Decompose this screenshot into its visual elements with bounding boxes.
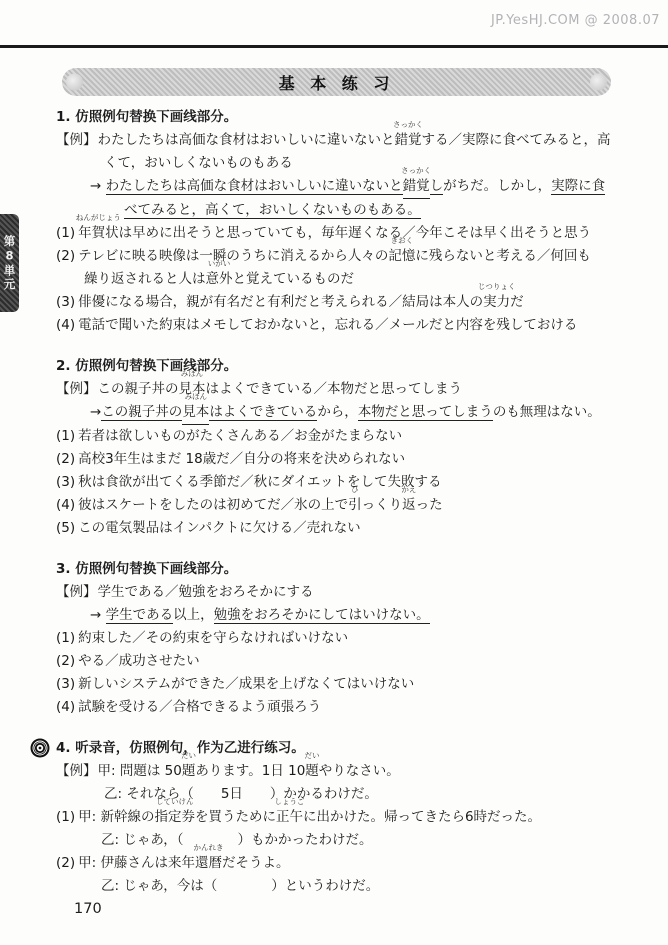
furigana: かえ — [401, 486, 416, 494]
furigana: さっかく — [393, 121, 423, 129]
unit-tab: 第8単元 — [0, 214, 19, 312]
text-run: 試験を受ける／合格できるよう頑張ろう — [78, 699, 321, 715]
text-run: あります。1日 10 — [195, 763, 305, 779]
text-run: (1) — [56, 809, 75, 825]
text-run: (4) — [56, 497, 75, 513]
text-line: (2)テレビに映る映像は一瞬のうちに消えるから人々の記憶きおくに残らないと考える… — [56, 245, 652, 268]
text-run: やりなさい。 — [319, 763, 400, 779]
furigana: していけん — [156, 798, 194, 806]
text-run: くて，おいしくないものもある — [104, 155, 293, 171]
text-run: はよくできている／本物だと思ってしまう — [206, 381, 463, 397]
furigana: いがい — [208, 260, 231, 268]
text-run: から， — [317, 404, 358, 420]
exercise-section-3: 3. 仿照例句替换下画线部分。 【例】学生である／勉強をおろそかにする→ 学生で… — [56, 558, 652, 719]
section-body: 【例】わたしたちは高価な食材はおいしいに違いないと錯覚さっかくする／実際に食べて… — [56, 129, 652, 337]
cd-audio-icon — [30, 738, 50, 758]
text-line: (2)甲: 伊藤さんは来年還暦かんれきだそうよ。 — [56, 852, 652, 875]
text-run: (4) — [56, 699, 75, 715]
text-run: (2) — [56, 451, 75, 467]
text-run: わたしたちは高価な食材はおいしいに違いないと — [106, 178, 403, 195]
text-line: (1)若者は欲しいものがたくさんある／お金がたまらない — [56, 425, 652, 448]
text-line: (4)彼はスケートをしたのは初めてだ／氷の上で引ひっくり返かえった — [56, 494, 652, 517]
section-heading-text: 1. 仿照例句替换下画线部分。 — [56, 109, 237, 125]
text-run: (1) — [56, 428, 75, 444]
text-run: する／実際に食べてみると，高 — [422, 132, 611, 148]
furigana: さっかく — [401, 167, 431, 175]
text-line: 【例】この親子丼の見本みほんはよくできている／本物だと思ってしまう — [56, 378, 652, 401]
text-run: → — [90, 178, 106, 194]
text-run: 以上， — [173, 607, 214, 623]
text-run: 甲: 問題は 50 — [98, 763, 182, 779]
text-run: (2) — [56, 855, 75, 871]
text-run: 勉強をおろそかにしてはいけない。 — [214, 607, 430, 624]
text-run: 彼はスケートをしたのは初めてだ／氷の上で — [78, 497, 348, 513]
text-run: 実際に食 — [551, 178, 605, 195]
text-run: った — [416, 497, 443, 513]
section-heading: 2. 仿照例句替换下画线部分。 — [56, 355, 652, 378]
text-line: 繰り返されると人は意外いがいと覚えているものだ — [56, 268, 652, 291]
section-heading: 1. 仿照例句替换下画线部分。 — [56, 106, 652, 129]
text-run: 本物だと思ってしまう — [358, 404, 493, 421]
section-heading-text: 3. 仿照例句替换下画线部分。 — [56, 561, 237, 577]
ruby-annotated-text: 指定券していけん — [154, 806, 195, 829]
furigana: ひ — [351, 486, 359, 494]
section-body: 【例】甲: 問題は 50題だいあります。1日 10題だいやりなさい。乙: それな… — [56, 760, 652, 898]
ruby-annotated-text: 還暦かんれき — [195, 852, 222, 875]
text-run: 約束した／その約束を守らなければいけない — [78, 630, 348, 646]
text-run: やる／成功させたい — [78, 653, 200, 669]
text-run: 秋は食欲が出てくる季節だ／秋にダイエットをして失敗する — [78, 474, 441, 490]
text-run: 繰り返されると人は — [84, 271, 206, 287]
ruby-annotated-text: 年賀状ねんがじょう — [78, 222, 119, 245]
banner-ornament-right-icon — [590, 74, 607, 91]
text-run: テレビに映る映像は一瞬のうちに消えるから人々の — [78, 248, 388, 264]
text-run: 【例】 — [56, 132, 97, 148]
text-run: 甲: 伊藤さんは来年 — [78, 855, 195, 871]
text-run: → — [90, 404, 101, 420]
text-run: (2) — [56, 248, 75, 264]
ruby-annotated-text: 見本みほん — [182, 401, 209, 425]
text-run: 乙: それなら（ 5日 ）かかるわけだ。 — [104, 786, 378, 802]
ruby-annotated-text: 題だい — [305, 760, 319, 783]
exercise-section-4: 4. 听录音，仿照例句，作为乙进行练习。 【例】甲: 問題は 50題だいあります… — [56, 737, 652, 898]
furigana: じつりょく — [478, 283, 516, 291]
section-heading: 3. 仿照例句替换下画线部分。 — [56, 558, 652, 581]
text-run: 学生である／勉強をおろそかにする — [98, 584, 314, 600]
furigana: きおく — [391, 237, 414, 245]
text-line: 【例】学生である／勉強をおろそかにする — [56, 581, 652, 604]
text-line: → 学生である以上，勉強をおろそかにしてはいけない。 — [56, 604, 652, 627]
section-body: 【例】この親子丼の見本みほんはよくできている／本物だと思ってしまう→この親子丼の… — [56, 378, 652, 540]
textbook-page: JP.YesHJ.COM @ 2008.07 基 本 练 习 第8単元 1. 仿… — [0, 0, 668, 945]
section-body: 【例】学生である／勉強をおろそかにする→ 学生である以上，勉強をおろそかにしては… — [56, 581, 652, 719]
text-run: っくり — [362, 497, 403, 513]
text-run: に残らないと考える／何回も — [415, 248, 591, 264]
watermark: JP.YesHJ.COM @ 2008.07 — [491, 13, 660, 28]
text-line: (3)新しいシステムができた／成果を上げなくてはいけない — [56, 673, 652, 696]
ruby-annotated-text: 題だい — [182, 760, 196, 783]
text-run: (4) — [56, 317, 75, 333]
text-run: この親子丼の — [101, 404, 182, 421]
text-line: べてみると，高くて，おいしくないものもある。 — [56, 199, 652, 222]
text-run: 乙: じゃあ，今は（ ）というわけだ。 — [101, 878, 379, 894]
text-run: (3) — [56, 676, 75, 692]
page-content: 1. 仿照例句替换下画线部分。 【例】わたしたちは高価な食材はおいしいに違いない… — [56, 106, 652, 916]
text-run: 新しいシステムができた／成果を上げなくてはいけない — [78, 676, 414, 692]
text-run: がちだ。しかし， — [443, 178, 551, 194]
ruby-annotated-text: 正午しょうご — [276, 806, 303, 829]
text-run: 若者は欲しいものがたくさんある／お金がたまらない — [78, 428, 402, 444]
text-line: (5)この電気製品はインパクトに欠ける／売れない — [56, 517, 652, 540]
exercise-section-1: 1. 仿照例句替换下画线部分。 【例】わたしたちは高価な食材はおいしいに違いない… — [56, 106, 652, 337]
text-line: (4)電話で聞いた約束はメモしておかないと，忘れる／メールだと内容を残しておける — [56, 314, 652, 337]
text-line: (2)やる／成功させたい — [56, 650, 652, 673]
text-run: (1) — [56, 630, 75, 646]
text-run: だ — [510, 294, 524, 310]
furigana: かんれき — [193, 844, 223, 852]
text-line: 【例】甲: 問題は 50題だいあります。1日 10題だいやりなさい。 — [56, 760, 652, 783]
text-run: のも無理はない。 — [493, 404, 601, 420]
text-run: (2) — [56, 653, 75, 669]
furigana: しょうご — [274, 798, 304, 806]
text-run: に出かけた。帰ってきたら6時だった。 — [303, 809, 541, 825]
section-heading-text: 2. 仿照例句替换下画线部分。 — [56, 358, 237, 374]
furigana: みほん — [181, 370, 204, 378]
text-line: 乙: じゃあ，今は（ ）というわけだ。 — [56, 875, 652, 898]
text-run: はよくできている — [209, 404, 317, 421]
furigana: みほん — [185, 393, 208, 401]
text-line: (1)約束した／その約束を守らなければいけない — [56, 627, 652, 650]
top-rule-divider — [0, 45, 668, 48]
text-run: → — [90, 607, 106, 623]
text-run: 【例】 — [56, 584, 97, 600]
text-run: を買うために — [195, 809, 276, 825]
furigana: だい — [305, 752, 320, 760]
text-line: 乙: じゃあ，（ ）もかかったわけだ。 — [56, 829, 652, 852]
text-line: 【例】わたしたちは高価な食材はおいしいに違いないと錯覚さっかくする／実際に食べて… — [56, 129, 652, 152]
text-run: (3) — [56, 294, 75, 310]
section-heading: 4. 听录音，仿照例句，作为乙进行练习。 — [56, 737, 652, 760]
text-run: は早めに出そうと思っていても，毎年遅くなる／今年こそは早く出そうと思う — [119, 225, 592, 241]
text-run: わたしたちは高価な食材はおいしいに違いないと — [98, 132, 395, 148]
text-line: (1)年賀状ねんがじょうは早めに出そうと思っていても，毎年遅くなる／今年こそは早… — [56, 222, 652, 245]
banner-ornament-left-icon — [66, 74, 83, 91]
text-run: 電話で聞いた約束はメモしておかないと，忘れる／メールだと内容を残しておける — [78, 317, 577, 333]
text-line: (2)高校3年生はまだ 18歳だ／自分の将来を決められない — [56, 448, 652, 471]
banner-title: 基 本 练 习 — [279, 71, 395, 94]
text-run: 【例】 — [56, 763, 97, 779]
ruby-annotated-text: 返かえ — [402, 494, 416, 517]
text-run: 乙: じゃあ，（ ）もかかったわけだ。 — [101, 832, 373, 848]
exercise-section-2: 2. 仿照例句替换下画线部分。 【例】この親子丼の見本みほんはよくできている／本… — [56, 355, 652, 540]
text-run: この電気製品はインパクトに欠ける／売れない — [78, 520, 361, 536]
text-line: (3)俳優になる場合，親が有名だと有利だと考えられる／結局は本人の実力じつりょく… — [56, 291, 652, 314]
ruby-annotated-text: 記憶きおく — [388, 245, 415, 268]
ruby-annotated-text: 引ひ — [348, 494, 362, 517]
text-run: (1) — [56, 225, 75, 241]
text-run: 学生である — [106, 607, 174, 624]
text-run: 甲: 新幹線の — [78, 809, 154, 825]
text-line: (1)甲: 新幹線の指定券していけんを買うために正午しょうごに出かけた。帰ってき… — [56, 806, 652, 829]
text-line: → わたしたちは高価な食材はおいしいに違いないと錯覚さっかくしがちだ。しかし，実… — [56, 175, 652, 199]
ruby-annotated-text: 錯覚さっかく — [395, 129, 422, 152]
text-run: だそうよ。 — [222, 855, 290, 871]
text-run: この親子丼の — [98, 381, 179, 397]
text-run: し — [430, 178, 444, 195]
text-run: 高校3年生はまだ 18歳だ／自分の将来を決められない — [78, 451, 405, 467]
text-run: と覚えているものだ — [233, 271, 355, 287]
text-line: くて，おいしくないものもある — [56, 152, 652, 175]
text-run: 俳優になる場合，親が有名だと有利だと考えられる／結局は本人の — [78, 294, 483, 310]
text-run: (5) — [56, 520, 75, 536]
ruby-annotated-text: 実力じつりょく — [483, 291, 510, 314]
text-line: (4)試験を受ける／合格できるよう頑張ろう — [56, 696, 652, 719]
section-banner: 基 本 练 习 — [62, 68, 611, 96]
ruby-annotated-text: 錯覚さっかく — [403, 175, 430, 199]
text-line: →この親子丼の見本みほんはよくできているから，本物だと思ってしまうのも無理はない… — [56, 401, 652, 425]
text-run: (3) — [56, 474, 75, 490]
text-run: 【例】 — [56, 381, 97, 397]
text-run: べてみると，高くて，おいしくないものもある。 — [124, 202, 421, 219]
furigana: ねんがじょう — [76, 214, 121, 222]
page-number: 170 — [74, 901, 102, 917]
ruby-annotated-text: 意外いがい — [206, 268, 233, 291]
text-line: 乙: それなら（ 5日 ）かかるわけだ。 — [56, 783, 652, 806]
furigana: だい — [181, 752, 196, 760]
